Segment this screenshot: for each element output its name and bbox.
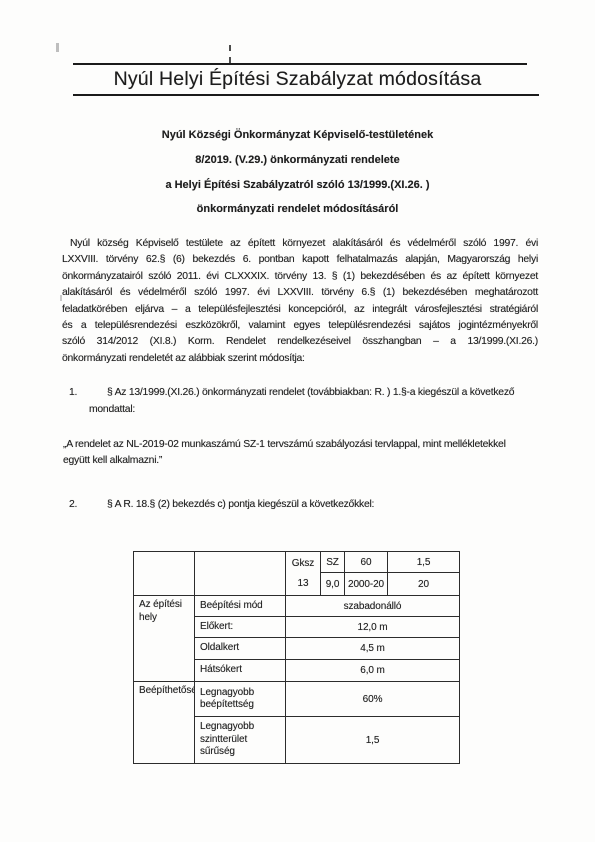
building-mode-label: Beépítési mód: [195, 596, 286, 617]
intro-line: feladatkörében eljárva – a településfejl…: [62, 302, 538, 318]
ordinance-heading-line-1: Nyúl Községi Önkormányzat Képviselő-test…: [0, 123, 595, 148]
section-1-text-line-2: mondattal:: [89, 402, 541, 419]
zone-height-cell: 9,0: [321, 573, 345, 596]
front-yard-value: 12,0 m: [286, 617, 460, 638]
table-row: Beépíthetőség Legnagyobb beépítettség 60…: [134, 682, 460, 717]
zone-mode-cell: SZ: [321, 552, 345, 573]
ordinance-heading: Nyúl Községi Önkormányzat Képviselő-test…: [0, 123, 595, 222]
zone-index: 13: [289, 574, 317, 594]
side-yard-label: Oldalkert: [195, 638, 286, 660]
intro-line: önkormányzati rendeletét az alábbiak sze…: [62, 351, 538, 367]
section-2-body: § A R. 18.§ (2) bekezdés c) pontja kiegé…: [89, 497, 541, 514]
rear-yard-label: Hátsókert: [195, 660, 286, 682]
zone-code-cell: Gksz 13: [286, 552, 321, 596]
zone-plot-cell: 2000-20: [345, 573, 388, 596]
scanned-document-page: Nyúl Helyi Építési Szabályzat módosítása…: [0, 0, 595, 842]
quote-line-1: „A rendelet az NL-2019-02 munkaszámú SZ-…: [63, 437, 543, 453]
density-label: Beépíthetőség: [134, 682, 195, 764]
zone-coverage-cell: 60: [345, 552, 388, 573]
intro-line: Nyúl község Képviselő testülete az építe…: [62, 236, 538, 252]
title-rule-top: [73, 63, 527, 65]
zone-far-cell: 1,5: [388, 552, 460, 573]
section-1-text-line-1: § Az 13/1999.(XI.26.) önkormányzati rend…: [89, 385, 541, 402]
empty-cell: [134, 552, 195, 596]
max-coverage-label: Legnagyobb beépítettség: [195, 682, 286, 717]
ordinance-heading-line-3: a Helyi Építési Szabályzatról szóló 13/1…: [0, 173, 595, 198]
intro-line: önkormányzatairól szóló 2011. évi CLXXXI…: [62, 269, 538, 285]
front-yard-label: Előkert:: [195, 617, 286, 638]
max-coverage-value: 60%: [286, 682, 460, 717]
intro-line: LXXVIII. törvény 62.§ (6) bekezdés 6. po…: [62, 252, 538, 268]
quote-line-2: együtt kell alkalmazni.”: [63, 453, 543, 469]
max-far-label: Legnagyobb szintterület sűrűség: [195, 717, 286, 764]
section-2: 2. § A R. 18.§ (2) bekezdés c) pontja ki…: [69, 497, 541, 514]
max-far-value: 1,5: [286, 717, 460, 764]
zoning-parameters-table: Gksz 13 SZ 60 1,5 9,0 2000-20 20 Az épít…: [133, 551, 460, 764]
zone-green-cell: 20: [388, 573, 460, 596]
building-mode-value: szabadonálló: [286, 596, 460, 617]
intro-line: alakításáról és védelméről szóló 1997. é…: [62, 285, 538, 301]
ordinance-heading-line-4: önkormányzati rendelet módosításáról: [0, 197, 595, 222]
building-site-label: Az építési hely: [134, 596, 195, 682]
section-1: 1. § Az 13/1999.(XI.26.) önkormányzati r…: [69, 385, 541, 418]
intro-line: és a településrendezési eszközökről, val…: [62, 318, 538, 334]
ordinance-heading-line-2: 8/2019. (V.29.) önkormányzati rendelete: [0, 148, 595, 173]
scan-artifact-top-tick: [229, 45, 231, 63]
zone-code-row: Gksz 13 SZ 60 1,5: [134, 552, 460, 573]
intro-paragraph: Nyúl község Képviselő testülete az építe…: [62, 236, 538, 367]
title-rule-bottom: [73, 94, 539, 96]
section-2-number: 2.: [69, 497, 77, 514]
empty-cell: [195, 552, 286, 596]
section-2-text-line-1: § A R. 18.§ (2) bekezdés c) pontja kiegé…: [89, 497, 541, 514]
amendment-quote: „A rendelet az NL-2019-02 munkaszámú SZ-…: [63, 437, 543, 469]
document-title: Nyúl Helyi Építési Szabályzat módosítása: [0, 66, 595, 93]
section-1-body: § Az 13/1999.(XI.26.) önkormányzati rend…: [89, 385, 541, 418]
intro-line: szóló 314/2012 (XI.8.) Korm. Rendelet re…: [62, 334, 538, 350]
section-1-number: 1.: [69, 385, 77, 402]
zone-code: Gksz: [289, 554, 317, 574]
table-row: Az építési hely Beépítési mód szabadonál…: [134, 596, 460, 617]
scan-artifact-left-speck-1: [56, 43, 59, 52]
rear-yard-value: 6,0 m: [286, 660, 460, 682]
side-yard-value: 4,5 m: [286, 638, 460, 660]
